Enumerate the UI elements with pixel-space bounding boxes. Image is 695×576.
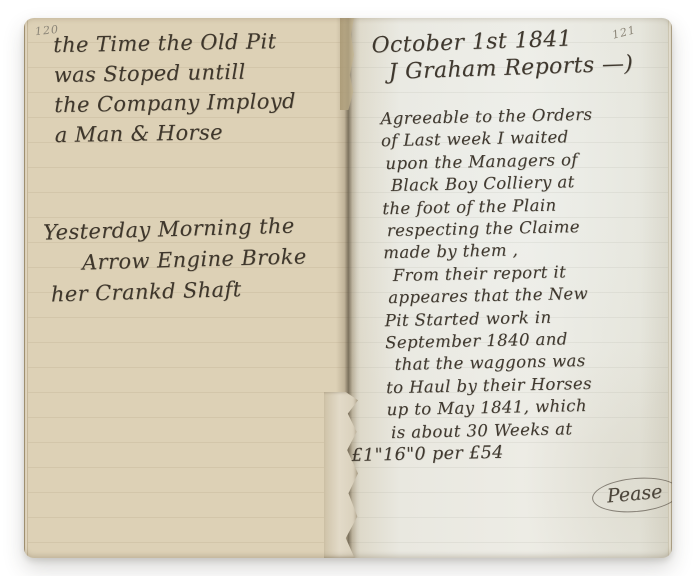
manuscript-line: a Man & Horse xyxy=(55,116,297,150)
manuscript-line: was Stoped untill xyxy=(53,56,295,90)
entry-heading: October 1st 1841 J Graham Reports —) xyxy=(371,23,634,86)
manuscript-line: Black Boy Colliery at xyxy=(391,171,594,198)
right-page: 121 October 1st 1841 J Graham Reports —)… xyxy=(348,18,672,558)
manuscript-line: her Crankd Shaft xyxy=(50,272,307,310)
left-page-entry-top: the Time the Old Pit was Stoped untill t… xyxy=(53,26,297,150)
manuscript-line: appeares that the New xyxy=(388,283,596,310)
manuscript-line: the Time the Old Pit xyxy=(53,26,295,60)
manuscript-line: Arrow Engine Broke xyxy=(82,241,307,278)
signature-circled: Pease xyxy=(591,474,672,515)
manuscript-book: 120 the Time the Old Pit was Stoped unti… xyxy=(24,18,672,558)
manuscript-line: is about 30 Weeks at xyxy=(391,417,599,444)
left-page-entry-middle: Yesterday Morning the Arrow Engine Broke… xyxy=(43,210,308,310)
left-page: 120 the Time the Old Pit was Stoped unti… xyxy=(24,18,348,558)
manuscript-line-cost: £1"16"0 per £54 xyxy=(351,440,599,468)
manuscript-line: the Company Imployd xyxy=(54,86,296,120)
entry-body: Agreeable to the Orders of Last week I w… xyxy=(380,104,599,467)
photo-background: 120 the Time the Old Pit was Stoped unti… xyxy=(0,0,695,576)
